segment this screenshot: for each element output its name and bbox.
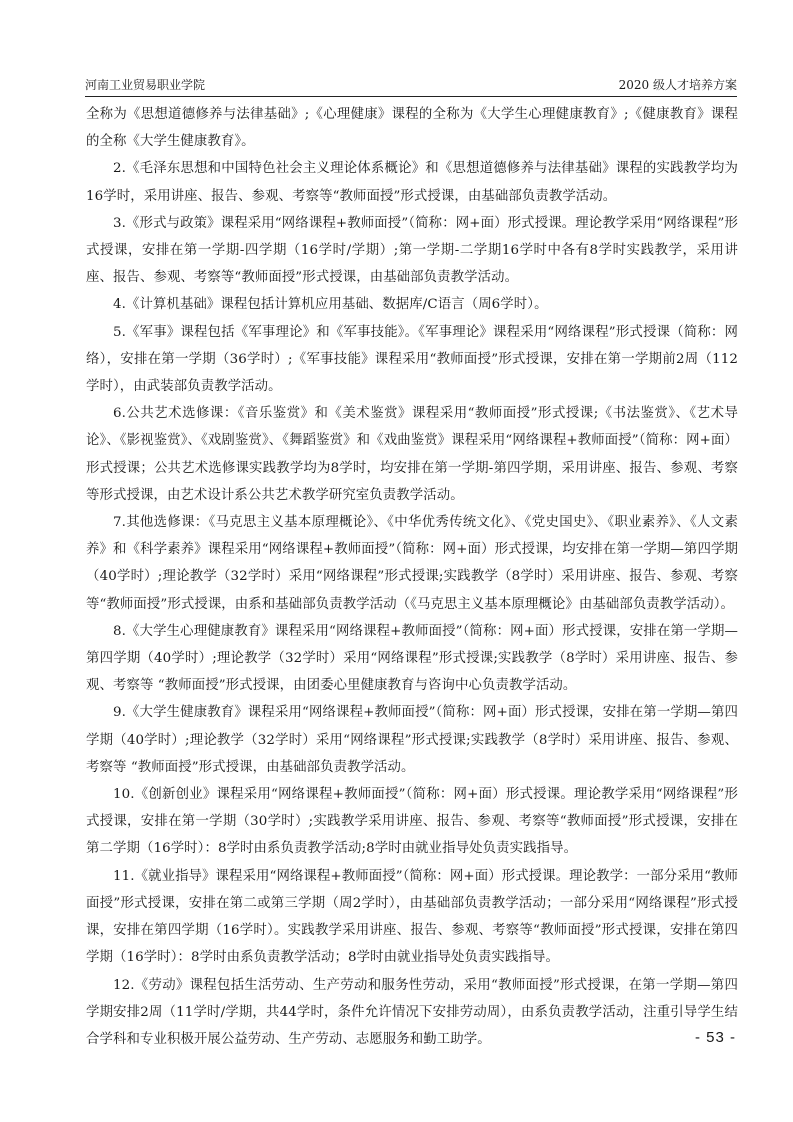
paragraph-item-9: 9.《大学生健康教育》课程采用“网络课程+教师面授”（简称：网+面）形式授课，安… bbox=[86, 699, 738, 781]
institution-name: 河南工业贸易职业学院 bbox=[85, 76, 205, 94]
paragraph-item-3: 3.《形式与政策》课程采用“网络课程+教师面授”（简称：网+面）形式授课。理论教… bbox=[86, 210, 738, 292]
paragraph-item-2: 2.《毛泽东思想和中国特色社会主义理论体系概论》和《思想道德修养与法律基础》课程… bbox=[86, 155, 738, 209]
paragraph-item-11: 11.《就业指导》课程采用“网络课程+教师面授”（简称：网+面）形式授课。理论教… bbox=[86, 863, 738, 972]
document-title: 2020 级人才培养方案 bbox=[619, 76, 737, 94]
paragraph-item-7: 7.其他选修课：《马克思主义基本原理概论》、《中华优秀传统文化》、《党史国史》、… bbox=[86, 509, 738, 618]
paragraph-item-10: 10.《创新创业》课程采用“网络课程+教师面授”（简称：网+面）形式授课。理论教… bbox=[86, 781, 738, 863]
paragraph-continuation: 全称为《思想道德修养与法律基础》;《心理健康》课程的全称为《大学生心理健康教育》… bbox=[86, 101, 738, 155]
document-body: 全称为《思想道德修养与法律基础》;《心理健康》课程的全称为《大学生心理健康教育》… bbox=[86, 101, 738, 1053]
paragraph-item-5: 5.《军事》课程包括《军事理论》和《军事技能》。《军事理论》课程采用“网络课程”… bbox=[86, 319, 738, 401]
page-number: - 53 - bbox=[695, 1029, 736, 1046]
paragraph-item-8: 8.《大学生心理健康教育》课程采用“网络课程+教师面授”（简称：网+面）形式授课… bbox=[86, 618, 738, 700]
paragraph-item-12: 12.《劳动》课程包括生活劳动、生产劳动和服务性劳动，采用“教师面授”形式授课，… bbox=[86, 972, 738, 1054]
header-divider bbox=[85, 96, 737, 97]
page-header: 河南工业贸易职业学院 2020 级人才培养方案 bbox=[85, 76, 737, 94]
paragraph-item-6: 6.公共艺术选修课：《音乐鉴赏》和《美术鉴赏》课程采用“教师面授”形式授课;《书… bbox=[86, 400, 738, 509]
paragraph-item-4: 4.《计算机基础》课程包括计算机应用基础、数据库/C语言（周6学时）。 bbox=[86, 291, 738, 318]
